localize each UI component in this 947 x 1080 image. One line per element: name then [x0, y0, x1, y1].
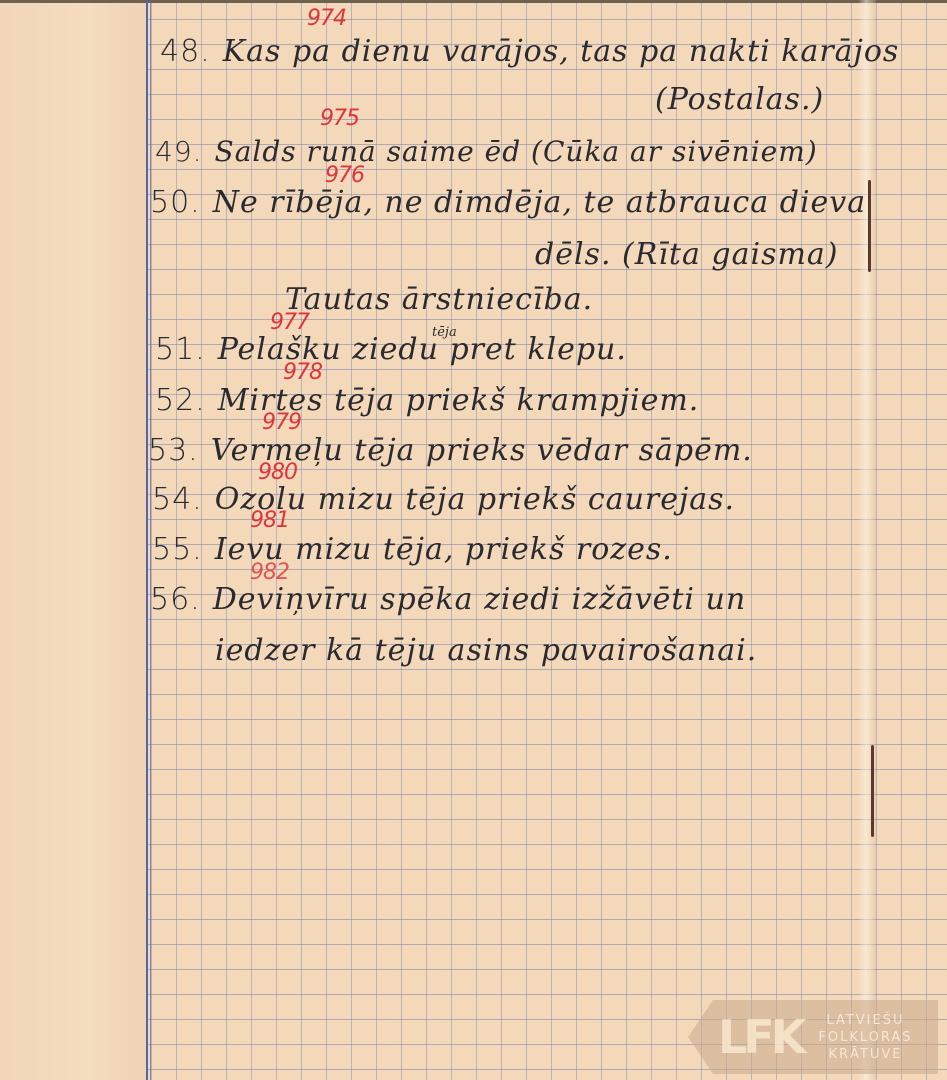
entry-text: Ozolu mizu tēja priekš caurejas.: [215, 482, 735, 517]
entry-52: 52.Mirtes tēja priekš krampjiem.: [155, 383, 699, 418]
page-top-edge: [0, 0, 947, 3]
page-fold: [858, 0, 876, 1080]
lfk-logo-icon: LFK: [718, 1010, 802, 1064]
entry-number: 53.: [148, 433, 199, 468]
archive-number: 974: [307, 6, 346, 31]
watermark-text: LATVIEŠU FOLKLORAS KRĀTUVE: [818, 1012, 912, 1063]
entry-text: Pelašku ziedu pret klepu.: [218, 332, 627, 367]
entry-54: 54.Ozolu mizu tēja priekš caurejas.: [152, 482, 735, 517]
entry-text: Deviņvīru spēka ziedi izžāvēti un: [213, 582, 746, 617]
entry-number: 51.: [155, 332, 206, 367]
archive-number: 981: [250, 508, 289, 533]
entry-53: 53.Vermeļu tēja prieks vēdar sāpēm.: [148, 433, 753, 468]
entry-number: 50.: [150, 185, 201, 220]
facing-blank-page: [0, 0, 147, 1080]
entry-56-continuation: iedzer kā tēju asins pavairošanai.: [215, 633, 757, 668]
entry-48-answer: (Postalas.): [655, 82, 824, 117]
entry-number: 54.: [152, 482, 203, 517]
entry-49: 49.Salds runā saime ēd (Cūka ar sivēniem…: [155, 135, 818, 168]
watermark-line-1: LATVIEŠU: [818, 1012, 912, 1029]
entry-text: Ne rībēja, ne dimdēja, te atbrauca dieva: [213, 185, 866, 220]
entry-50: 50.Ne rībēja, ne dimdēja, te atbrauca di…: [150, 185, 866, 220]
archive-watermark: LFK LATVIEŠU FOLKLORAS KRĀTUVE: [688, 1000, 938, 1074]
archive-number: 975: [320, 106, 359, 131]
entry-48: 48.Kas pa dienu varājos, tas pa nakti ka…: [160, 34, 899, 69]
entry-51: 51.Pelašku ziedu pret klepu.: [155, 332, 627, 367]
entry-number: 52.: [155, 383, 206, 418]
archive-number: 979: [262, 410, 301, 435]
entry-text: Kas pa dienu varājos, tas pa nakti karāj…: [223, 34, 900, 69]
watermark-line-3: KRĀTUVE: [818, 1046, 912, 1063]
entry-number: 48.: [160, 34, 211, 69]
entry-text: Salds runā saime ēd (Cūka ar sivēniem): [215, 135, 818, 168]
entry-55: 55.Ievu mizu tēja, priekš rozes.: [152, 532, 673, 567]
entry-number: 56.: [150, 582, 201, 617]
staple-bottom: [871, 745, 874, 837]
watermark-line-2: FOLKLORAS: [818, 1029, 912, 1046]
section-heading: Tautas ārstniecība.: [285, 282, 593, 317]
entry-number: 55.: [152, 532, 203, 567]
margin-line: [146, 0, 148, 1080]
margin-line-inner: [150, 0, 151, 1080]
entry-56: 56.Deviņvīru spēka ziedi izžāvēti un: [150, 582, 746, 617]
entry-50-answer: dēls. (Rīta gaisma): [535, 237, 839, 272]
archive-number: 978: [283, 360, 322, 385]
entry-number: 49.: [155, 135, 203, 168]
staple-top: [868, 180, 871, 272]
